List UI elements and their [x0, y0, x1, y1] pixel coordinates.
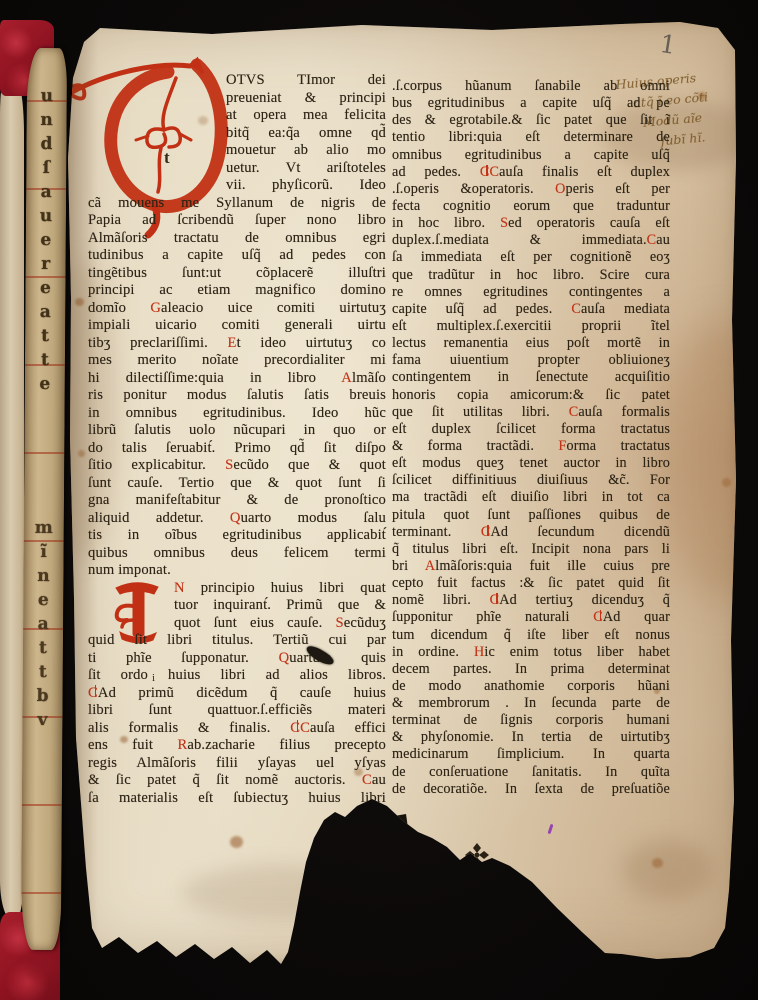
printer-ornament-stamp	[464, 842, 490, 868]
text-line: de modo anathomie corporis hũani	[392, 678, 670, 695]
text-line: honoris copia amicorum:& ſic patet	[392, 387, 670, 404]
text-line: hi dilectiſſime:quia in libro Almãſo	[88, 370, 386, 388]
text-line: eſt duplex ſcilicet forma tractatus	[392, 421, 670, 438]
text-line: alis formalis & finalis. CCauſa effici	[88, 720, 386, 738]
text-line: eſt modus queʒ tenet auctor in libro	[392, 455, 670, 472]
text-line: quot ſunt eius cauſe. Secũduʒ	[174, 615, 386, 633]
text-line: capite uſq̃ ad pedes. Cauſa mediata	[392, 301, 670, 318]
text-line: tudinibus a capite uſq̃ ad pedes con	[88, 247, 386, 265]
stain	[658, 320, 758, 600]
text-line: quibus omnibus deus felicem termi	[88, 545, 386, 563]
text-line: .ſ.corpus hũanum ſanabile ab omni	[392, 78, 670, 95]
text-line: ad pedes. CCauſa finalis eſt duplex	[392, 164, 670, 181]
folio-number: 1	[658, 29, 678, 60]
text-line: contingentem in ſenectute acquiſitio	[392, 369, 670, 386]
text-line: fama uiuentium propter obliuioneʒ	[392, 352, 670, 369]
foxing-spot	[722, 478, 731, 487]
text-line: in hoc libro. Sed operatoris cauſa eſt	[392, 215, 670, 232]
text-line: ſit ordo huius libri ad alios libros.	[88, 667, 386, 685]
binding-outer-strip	[0, 74, 24, 920]
text-line: N principio huius libri quat	[174, 580, 386, 598]
text-line: omnibus egritudinibus a capite uſq̃	[392, 147, 670, 164]
text-line: decem partes. In prima determinat	[392, 661, 670, 678]
text-line: q̃ titulus libri eſt. Incipit nona pars …	[392, 541, 670, 558]
text-line: domĩo Galeacio uice comiti uirtutuʒ	[88, 300, 386, 318]
text-line: ſcilicet diffinitiuus diuiſiuus &c̃. For	[392, 472, 670, 489]
text-line: des & egrotabile.& ſic patet que ſit ĩ	[392, 112, 670, 129]
text-line: terminant. CAd ſecundum dicendũ	[392, 524, 670, 541]
text-line: & membrorum . In ſecunda parte de	[392, 695, 670, 712]
text-line: re omnes egritudines contingentes a	[392, 284, 670, 301]
text-line: .ſ.operis &operatoris. Operis eſt per	[392, 181, 670, 198]
text-line: de conſeruatione ſanitatis. In quĩta	[392, 764, 670, 781]
text-line: de decoratiõe. In ſexta de preſuatiõe	[392, 781, 670, 798]
text-line: lectus remanentia eius poſt mortẽ in	[392, 335, 670, 352]
worm-hole	[63, 920, 79, 946]
text-line: pitula quot ſunt paſſiones quibus de	[392, 507, 670, 524]
text-line: ris ponitur modus ſalutis ſatis breuis	[88, 387, 386, 405]
text-line: ſupponitur phĩe naturali CAd quar	[392, 609, 670, 626]
text-line: & ſic patet q̃ ſit nomẽ auctoris. Cau	[88, 772, 386, 790]
text-line: aliquid addetur. Quarto modus ſalu	[88, 510, 386, 528]
foxing-spot	[75, 298, 84, 306]
text-line: & forma tractãdi. Forma tractatus	[392, 438, 670, 455]
text-line: tingẽtibus ſunt:ut cõplacerẽ illuſtri	[88, 265, 386, 283]
text-line: cã mouens me Syllanum de nigris de	[88, 195, 386, 213]
text-line: cepto fuit factus :& ſic patet quid ſit	[392, 575, 670, 592]
text-line: tentio libri:quia eſt determinare de	[392, 129, 670, 146]
text-line: bus egritudinibus a capite uſq̃ ad pe	[392, 95, 670, 112]
text-line: fecta cognitio eorum que traduntur	[392, 198, 670, 215]
text-line: ſunt cauſe. Tertio que & quot ſunt ſi	[88, 475, 386, 493]
spine-blackletter-text-top: undſauereatte	[25, 86, 67, 398]
foxing-spot	[652, 858, 663, 868]
text-line: tum dicendum q̃ iſte liber eſt nonus	[392, 627, 670, 644]
text-line: terminat de ſignis corporis humani	[392, 712, 670, 729]
purple-ink-mark	[548, 824, 554, 834]
text-line: tibʒ preclariſſimi. Et ideo uirtutuʒ co	[88, 335, 386, 353]
text-line: impiali uicario comiti generali uirtu	[88, 317, 386, 335]
text-line: Papia ad ſcribendũ ſuper nono libro	[88, 212, 386, 230]
text-line: ſa immediata eſt per cognitionẽ eoʒ	[392, 249, 670, 266]
book-page: 1 Huius operisatq̃ ĩ eo cõtiModũ aĩeſubĩ…	[62, 20, 738, 965]
text-line: ſitio explicabitur. Secũdo que & quot	[88, 457, 386, 475]
torn-paper-fragment	[358, 812, 410, 838]
text-line: medicinarum ſimplicium. In quarta	[392, 746, 670, 763]
text-line: Almãſoris tractatu de omnibus egri	[88, 230, 386, 248]
text-line: in ordine. Hic enim totus liber habet	[392, 644, 670, 661]
text-line: bri Almãſoris:quia fuit ille cuius pre	[392, 558, 670, 575]
foxing-spot	[78, 450, 85, 457]
foxing-spot	[230, 836, 243, 848]
text-line: preueniat & principi	[226, 90, 386, 108]
text-line: ens fuit Rab.zacharie filius precepto	[88, 737, 386, 755]
text-line: & phyſonomie. In tertia de uirtutibʒ	[392, 729, 670, 746]
manuscript-spine-strip: undſauereatte mĩneattbv	[21, 48, 67, 950]
text-line: ti phĩe ſupponatur. Quartum quis	[88, 650, 386, 668]
photographed-book-on-black: undſauereatte mĩneattbv 1 Huius operisat…	[0, 0, 758, 1000]
text-line: gna manifeſtabitur & de pronoſtico	[88, 492, 386, 510]
text-line: mouetur ab alio mo	[226, 142, 386, 160]
text-line: que ſit utilitas libri. Cauſa formalis	[392, 404, 670, 421]
text-line: uetur. Vt ariſtoteles	[226, 160, 386, 178]
text-line: tis in oĩbus egritudinibus applicabit́	[88, 527, 386, 545]
text-line: eſt multiplex.ſ.exercitii proprii ĩtel	[392, 318, 670, 335]
text-line: do talis ſeruabit́. Primo qd̃ ſit diſpo	[88, 440, 386, 458]
text-line: nomẽ libri. CAd tertiuʒ dicenduʒ q̃	[392, 592, 670, 609]
text-line: libri ſunt quattuor.ſ.efficiẽs materi	[88, 702, 386, 720]
text-line: que tradũtur in hoc libro. Scire cura	[392, 267, 670, 284]
text-line: OTVS TImor dei	[226, 72, 386, 90]
stain	[622, 840, 712, 900]
text-line: ſa materialis eſt ſubiectuʒ huius libri	[88, 790, 386, 808]
text-column-left: OTVS TImor deipreueniat & principiat ope…	[88, 72, 386, 807]
text-line: num imponat.	[88, 562, 386, 580]
text-line: ma tractãdi eſt diuiſio libri in tot ca	[392, 489, 670, 506]
text-line: librũ ſalutis uolo nũcupari in quo or	[88, 422, 386, 440]
stain	[182, 865, 372, 920]
text-line: mes merito noĩate precordialiter mi	[88, 352, 386, 370]
text-line: CAd primũ dicẽdum q̃ cauſe huius	[88, 685, 386, 703]
text-line: at opera mea felicita	[226, 107, 386, 125]
text-line: duplex.ſ.mediata & immediata.Cau	[392, 232, 670, 249]
text-line: vii. phyſicorũ. Ideo	[226, 177, 386, 195]
spine-blackletter-text-bottom: mĩneattbv	[22, 518, 64, 734]
text-line: bitq̃ ea:q̃a omne qd̃	[226, 125, 386, 143]
text-line: regis Almãſoris filii yſayas uel yſyas	[88, 755, 386, 773]
text-line: principi ac etiam magnifico domino	[88, 282, 386, 300]
text-line: quid ſit libri titulus. Tertiũ cui par	[88, 632, 386, 650]
text-line: tuor inquirant́. Primũ que &	[174, 597, 386, 615]
text-column-right: .ſ.corpus hũanum ſanabile ab omnibus egr…	[392, 78, 670, 798]
text-line: in omnibus egritudinibus. Ideo hũc	[88, 405, 386, 423]
